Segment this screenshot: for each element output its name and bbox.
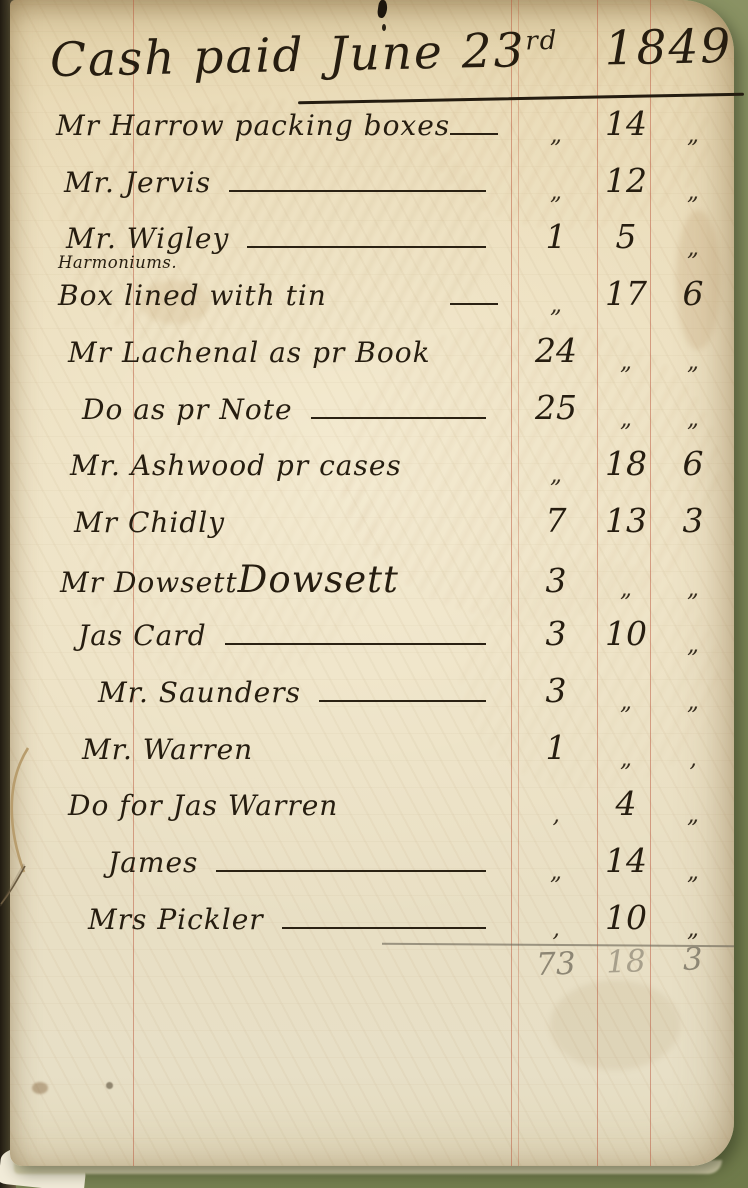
ledger-row: Mr Lachenal as pr Book 24 „ „ [56, 331, 732, 381]
total-shillings: 18 [597, 943, 654, 981]
entry-pounds: „ [514, 847, 598, 885]
entry-pence: „ [654, 847, 732, 885]
entry-name: Mr Dowsett [60, 566, 238, 599]
entry-shillings: 14 [598, 104, 654, 143]
entry-dash-line [216, 870, 486, 872]
entry-pounds: 1 [514, 728, 598, 767]
ledger-row: Mr. Wigley 1 5 „ Harmoniums. [56, 217, 732, 267]
pencil-totals-row: 73 18 3 [56, 940, 733, 1000]
entry-note: Harmoniums. [58, 253, 177, 272]
ledger-rows: Mr Harrow packing boxes „ 14 „ Mr. Jervi… [56, 104, 732, 948]
entry-pence: 3 [654, 501, 732, 540]
entry-pence: „ [654, 677, 732, 715]
ledger-scan: Cash paid June 23rd 1849 Mr Harrow packi… [0, 0, 748, 1188]
entry-dash-line [319, 700, 486, 702]
entry-pounds: „ [514, 110, 598, 148]
entry-name: James [108, 846, 198, 879]
entry-name: Mr Chidly [74, 506, 225, 539]
entry-pounds: ‚ [514, 904, 598, 942]
entry-dash-line [450, 133, 498, 135]
entry-pence: 6 [654, 274, 732, 313]
ledger-row: Jas Card 3 10 „ [56, 614, 732, 664]
title-month: June [328, 25, 444, 82]
title-year: 1849 [604, 19, 733, 77]
entry-pence: ‚ [654, 734, 732, 772]
entry-shillings: 10 [598, 614, 654, 653]
entry-name: Mr. Ashwood pr cases [70, 449, 402, 482]
ledger-row: Box lined with tin „ 17 6 [56, 274, 732, 324]
ledger-row: Mrs Pickler ‚ 10 „ [56, 898, 732, 948]
ledger-row: Mr Dowsett Dowsett 3 „ „ [56, 558, 732, 608]
entry-name: Do for Jas Warren [68, 789, 338, 822]
title-underline [298, 93, 744, 105]
entry-annotation: Dowsett [238, 558, 399, 601]
ledger-page: Cash paid June 23rd 1849 Mr Harrow packi… [10, 0, 734, 1166]
ledger-row: Mr Harrow packing boxes „ 14 „ [56, 104, 732, 154]
paper-fleck [32, 1082, 48, 1094]
page-title: Cash paid June 23rd 1849 [49, 19, 732, 88]
entry-shillings: „ [598, 337, 654, 375]
total-pence: 3 [653, 940, 732, 979]
entry-dash-line [311, 417, 486, 419]
entry-pence: „ [654, 904, 732, 942]
entry-shillings: „ [598, 677, 654, 715]
total-pounds: 73 [513, 945, 598, 984]
entry-shillings: „ [598, 734, 654, 772]
entry-pence: „ [654, 394, 732, 432]
binding-thread [0, 742, 40, 910]
entry-pence: „ [654, 337, 732, 375]
ledger-row: Do as pr Note 25 „ „ [56, 388, 732, 438]
title-day-suffix: rd [525, 26, 559, 57]
entry-shillings: 14 [598, 841, 654, 880]
entry-pence: „ [654, 223, 732, 261]
ledger-row: Mr. Ashwood pr cases „ 18 6 [56, 444, 732, 494]
entry-name: Do as pr Note [82, 393, 293, 426]
entry-pence: „ [654, 564, 732, 602]
entry-pounds: 3 [514, 614, 598, 653]
entry-shillings: „ [598, 394, 654, 432]
entry-dash-line [229, 190, 486, 192]
ledger-row: Mr Chidly 7 13 3 [56, 501, 732, 551]
entry-pence: „ [654, 790, 732, 828]
entry-pounds: 3 [514, 561, 598, 600]
entry-name: Mr Lachenal as pr Book [68, 336, 431, 369]
entry-pounds: 7 [514, 501, 598, 540]
entry-shillings: „ [598, 564, 654, 602]
entry-name: Mr. Warren [82, 733, 253, 766]
entry-pounds: 25 [514, 388, 598, 427]
entry-name: Mrs Pickler [88, 903, 264, 936]
entry-shillings: 4 [598, 784, 654, 823]
ledger-row: Mr. Jervis „ 12 „ [56, 161, 732, 211]
entry-pounds: „ [514, 280, 598, 318]
entry-pounds: 24 [514, 331, 598, 370]
entry-pence: „ [654, 110, 732, 148]
entry-shillings: 17 [598, 274, 654, 313]
entry-name: Box lined with tin [58, 279, 327, 312]
paper-fleck [106, 1082, 113, 1089]
entry-pounds: 3 [514, 671, 598, 710]
entry-pence: „ [654, 620, 732, 658]
entry-shillings: 5 [598, 217, 654, 256]
entry-pence: „ [654, 167, 732, 205]
title-day: 23rd [461, 22, 559, 79]
entry-shillings: 18 [598, 444, 654, 483]
entry-pence: 6 [654, 444, 732, 483]
entry-pounds: „ [514, 167, 598, 205]
entry-name: Mr Harrow packing boxes [56, 109, 450, 142]
title-prefix: Cash paid [49, 28, 305, 88]
entry-name: Mr. Saunders [98, 676, 301, 709]
entry-shillings: 13 [598, 501, 654, 540]
entry-pounds: „ [514, 450, 598, 488]
entry-dash-line [282, 927, 486, 929]
entry-dash-line [225, 643, 486, 645]
entry-dash-line [450, 303, 498, 305]
entry-pounds: 1 [514, 217, 598, 256]
ledger-row: James „ 14 „ [56, 841, 732, 891]
entry-name: Mr. Jervis [64, 166, 211, 199]
entry-shillings: 12 [598, 161, 654, 200]
entry-name: Jas Card [78, 619, 207, 652]
ink-blot [377, 0, 388, 19]
entry-shillings: 10 [598, 898, 654, 937]
ledger-row: Mr. Warren 1 „ ‚ [56, 728, 732, 778]
paper-stain [550, 980, 680, 1070]
ledger-row: Mr. Saunders 3 „ „ [56, 671, 732, 721]
entry-dash-line [247, 246, 486, 248]
entry-pounds: ‚ [514, 790, 598, 828]
ledger-row: Do for Jas Warren ‚ 4 „ [56, 784, 732, 834]
entry-name: Mr. Wigley [66, 222, 229, 255]
